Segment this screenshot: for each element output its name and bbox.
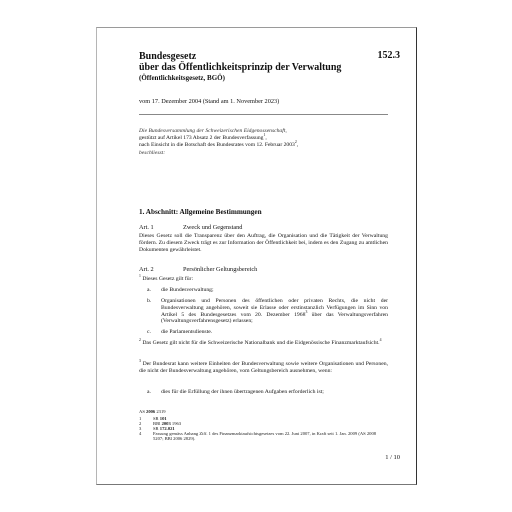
short-title: (Öffentlichkeitsgesetz, BGÖ) (139, 74, 225, 82)
preamble: Die Bundesversammlung der Schweizerische… (139, 128, 298, 157)
article-2-para-2: 2 Das Gesetz gilt nicht für die Schweize… (139, 340, 388, 347)
footnote: 4 Fassung gemäss Anhang Ziff. 1 des Fina… (139, 431, 379, 441)
list-item: c. die Parlamentsdienste. (139, 329, 388, 336)
preamble-line3: nach Einsicht in die Botschaft des Bunde… (139, 142, 298, 149)
law-title: Bundesgesetz über das Öffentlichkeitspri… (139, 51, 341, 73)
page-number: 1 / 10 (385, 454, 400, 461)
section-heading: 1. Abschnitt: Allgemeine Bestimmungen (139, 208, 262, 216)
date-line: vom 17. Dezember 2004 (Stand am 1. Novem… (139, 98, 279, 105)
list-item: b. Organisationen und Personen des öffen… (139, 298, 388, 325)
as-reference: AS 2006 2319 (139, 409, 166, 414)
list-item: a. dies für die Erfüllung der ihnen über… (139, 389, 388, 396)
article-2-para-1: 1 Dieses Gesetz gilt für: (139, 276, 388, 283)
footnote-ref[interactable]: 4 (380, 338, 382, 342)
article-1-heading: Art. 1Zweck und Gegenstand (139, 224, 242, 231)
article-1-text: Dieses Gesetz soll die Transparenz über … (139, 233, 388, 253)
list-item: a. die Bundesverwaltung; (139, 287, 388, 294)
preamble-line4: beschliesst: (139, 150, 298, 157)
sr-number: 152.3 (378, 50, 401, 61)
article-2-para-3: 3 Der Bundesrat kann weitere Einheiten d… (139, 361, 388, 375)
article-2-heading: Art. 2Persönlicher Geltungsbereich (139, 266, 257, 273)
header-rule (139, 114, 388, 115)
law-title-line2: über das Öffentlichkeitsprinzip der Verw… (139, 62, 341, 73)
document-page: 152.3 Bundesgesetz über das Öffentlichke… (96, 27, 417, 485)
law-title-line1: Bundesgesetz (139, 51, 341, 62)
